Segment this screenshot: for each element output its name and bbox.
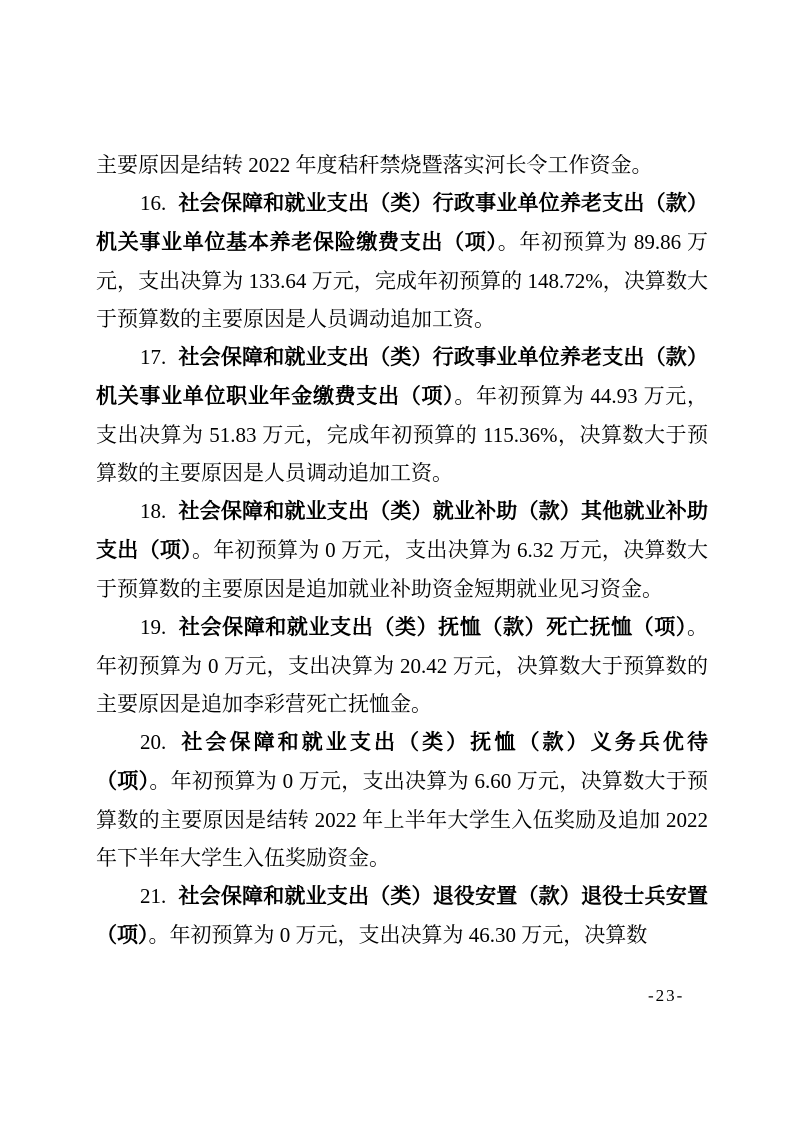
paragraph-text: 主要原因是结转 2022 年度秸秆禁烧暨落实河长令工作资金。 [96, 153, 653, 177]
document-body: 主要原因是结转 2022 年度秸秆禁烧暨落实河长令工作资金。 16.社会保障和就… [96, 146, 708, 955]
paragraph-item-20: 20.社会保障和就业支出（类）抚恤（款）义务兵优待（项）。年初预算为 0 万元，… [96, 723, 708, 877]
item-21-body: 。年初预算为 0 万元，支出决算为 46.30 万元，决算数 [149, 923, 648, 947]
page-number: -23- [648, 986, 684, 1006]
item-20-body: 。年初预算为 0 万元，支出决算为 6.60 万元，决算数大于预算数的主要原因是… [96, 769, 708, 870]
item-18-number: 18. [140, 499, 166, 523]
item-21-number: 21. [140, 884, 166, 908]
paragraph-continuation: 主要原因是结转 2022 年度秸秆禁烧暨落实河长令工作资金。 [96, 146, 708, 184]
item-20-number: 20. [140, 730, 166, 754]
paragraph-item-17: 17.社会保障和就业支出（类）行政事业单位养老支出（款）机关事业单位职业年金缴费… [96, 338, 708, 492]
item-16-number: 16. [140, 191, 166, 215]
document-page: 主要原因是结转 2022 年度秸秆禁烧暨落实河长令工作资金。 16.社会保障和就… [0, 0, 793, 1122]
paragraph-item-18: 18.社会保障和就业支出（类）就业补助（款）其他就业补助支出（项）。年初预算为 … [96, 492, 708, 608]
paragraph-item-16: 16.社会保障和就业支出（类）行政事业单位养老支出（款）机关事业单位基本养老保险… [96, 184, 708, 338]
item-17-number: 17. [140, 345, 166, 369]
paragraph-item-19: 19.社会保障和就业支出（类）抚恤（款）死亡抚恤（项）。年初预算为 0 万元，支… [96, 608, 708, 723]
item-19-heading: 社会保障和就业支出（类）抚恤（款）死亡抚恤（项） [178, 616, 687, 639]
paragraph-item-21: 21.社会保障和就业支出（类）退役安置（款）退役士兵安置（项）。年初预算为 0 … [96, 877, 708, 955]
item-19-number: 19. [140, 615, 166, 639]
